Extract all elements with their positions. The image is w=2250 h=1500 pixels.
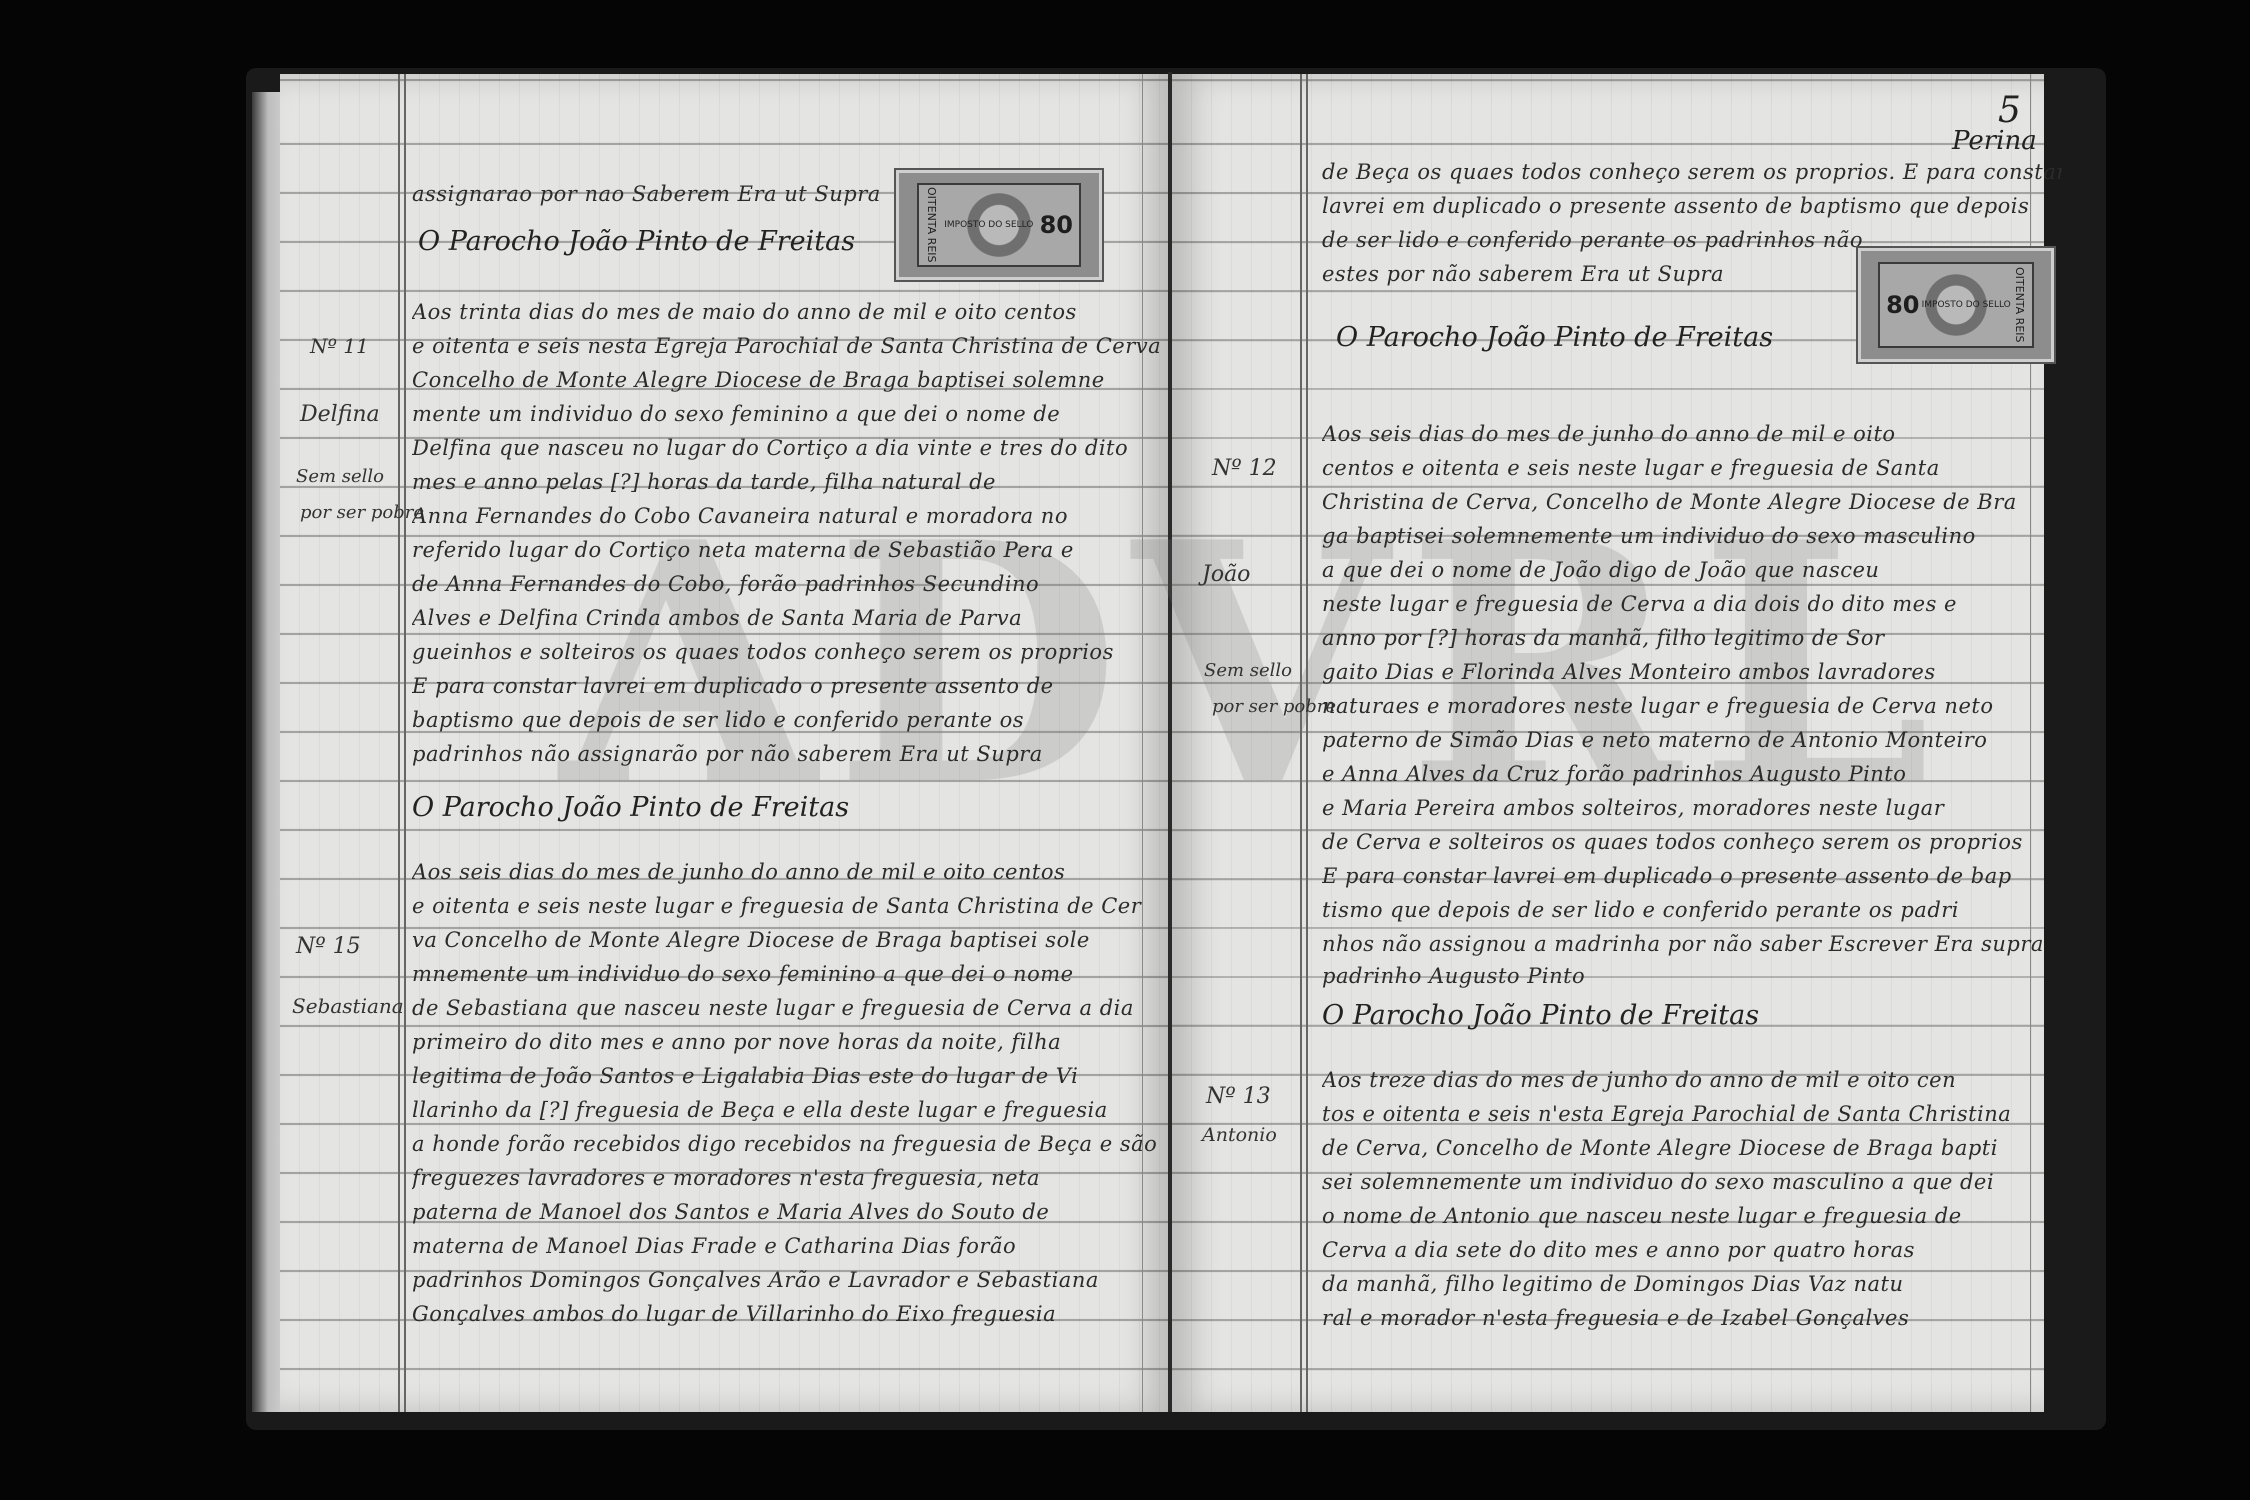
text-line: Delfina que nasceu no lugar do Cortiço a… <box>412 436 1172 460</box>
text-line: de Cerva, Concelho de Monte Alegre Dioce… <box>1322 1136 2062 1160</box>
revenue-stamp: OITENTA REIS IMPOSTO DO SELLO 80 <box>896 170 1102 280</box>
text-line: ga baptisei solemnemente um individuo do… <box>1322 524 2062 548</box>
godparent-signature: padrinho Augusto Pinto <box>1322 964 1722 988</box>
entry-name: João <box>1202 562 1250 587</box>
text-line: e Anna Alves da Cruz forão padrinhos Aug… <box>1322 762 2062 786</box>
stamp-side-text: OITENTA REIS <box>925 187 938 263</box>
page-number: 5 <box>1998 90 2021 131</box>
stamp-side-text: OITENTA REIS <box>2013 267 2026 343</box>
text-line: referido lugar do Cortiço neta materna d… <box>412 538 1172 562</box>
text-line: Cerva a dia sete do dito mes e anno por … <box>1322 1238 2062 1262</box>
text-line: paterno de Simão Dias e neto materno de … <box>1322 728 2062 752</box>
margin-rule <box>1300 74 1302 1412</box>
text-line: sei solemnemente um individuo do sexo ma… <box>1322 1170 2062 1194</box>
margin-rule <box>1306 74 1308 1412</box>
entry-number: Nº 11 <box>310 334 369 358</box>
text-line: primeiro do dito mes e anno por nove hor… <box>412 1030 1172 1054</box>
text-line: ral e morador n'esta freguesia e de Izab… <box>1322 1306 2062 1330</box>
entry-name: Sebastiana <box>292 994 404 1018</box>
margin-rule <box>398 74 400 1412</box>
text-line: legitima de João Santos e Ligalabia Dias… <box>412 1064 1172 1088</box>
priest-signature: O Parocho João Pinto de Freitas <box>418 226 855 257</box>
text-line: neste lugar e freguesia de Cerva a dia d… <box>1322 592 2062 616</box>
text-line: e oitenta e seis nesta Egreja Parochial … <box>412 334 1172 358</box>
entry-number: Nº 13 <box>1206 1084 1271 1109</box>
text-line: gueinhos e solteiros os quaes todos conh… <box>412 640 1172 664</box>
text-line: lavrei em duplicado o presente assento d… <box>1322 194 2062 218</box>
stamp-value: 80 <box>1886 291 1919 319</box>
text-line: da manhã, filho legitimo de Domingos Dia… <box>1322 1272 2062 1296</box>
text-line: assignarao por nao Saberem Era ut Supra <box>412 182 892 206</box>
text-line: padrinhos não assignarão por não saberem… <box>412 742 1172 766</box>
text-line: llarinho da [?] freguesia de Beça e ella… <box>412 1098 1172 1122</box>
text-line: nhos não assignou a madrinha por não sab… <box>1322 932 2062 956</box>
text-line: mes e anno pelas [?] horas da tarde, fil… <box>412 470 1172 494</box>
text-line: Anna Fernandes do Cobo Cavaneira natural… <box>412 504 1172 528</box>
text-line: naturaes e moradores neste lugar e fregu… <box>1322 694 2062 718</box>
text-line: de Sebastiana que nasceu neste lugar e f… <box>412 996 1172 1020</box>
text-line: baptismo que depois de ser lido e confer… <box>412 708 1172 732</box>
entry-name: Antonio <box>1202 1124 1277 1146</box>
text-line: Alves e Delfina Crinda ambos de Santa Ma… <box>412 606 1172 630</box>
text-line: Gonçalves ambos do lugar de Villarinho d… <box>412 1302 1172 1326</box>
text-line: Aos treze dias do mes de junho do anno d… <box>1322 1068 2062 1092</box>
stamp-top-text: IMPOSTO DO SELLO <box>1922 300 2011 310</box>
stamp-value: 80 <box>1040 211 1073 239</box>
entry-name: Delfina <box>300 402 380 427</box>
priest-signature: O Parocho João Pinto de Freitas <box>1322 1000 1759 1031</box>
text-line: mente um individuo do sexo feminino a qu… <box>412 402 1172 426</box>
text-line: estes por não saberem Era ut Supra <box>1322 262 1842 286</box>
text-line: tismo que depois de ser lido e conferido… <box>1322 898 2062 922</box>
entry-number: Nº 12 <box>1212 456 1277 481</box>
text-line: Aos seis dias do mes de junho do anno de… <box>412 860 1172 884</box>
text-line: a honde forão recebidos digo recebidos n… <box>412 1132 1172 1156</box>
priest-signature: O Parocho João Pinto de Freitas <box>1336 322 1773 353</box>
entry-note: Sem sello <box>296 466 384 487</box>
text-line: tos e oitenta e seis n'esta Egreja Paroc… <box>1322 1102 2062 1126</box>
text-line: materna de Manoel Dias Frade e Catharina… <box>412 1234 1172 1258</box>
entry-number: Nº 15 <box>296 934 361 959</box>
text-line: anno por [?] horas da manhã, filho legit… <box>1322 626 2062 650</box>
text-line: Christina de Cerva, Concelho de Monte Al… <box>1322 490 2062 514</box>
entry-note: Sem sello <box>1204 660 1292 681</box>
priest-signature: O Parocho João Pinto de Freitas <box>412 792 849 823</box>
text-line: freguezes lavradores e moradores n'esta … <box>412 1166 1172 1190</box>
text-line: o nome de Antonio que nasceu neste lugar… <box>1322 1204 2062 1228</box>
text-line: de Anna Fernandes do Cobo, forão padrinh… <box>412 572 1172 596</box>
revenue-stamp: 80 IMPOSTO DO SELLO OITENTA REIS <box>1858 248 2054 362</box>
text-line: Aos trinta dias do mes de maio do anno d… <box>412 300 1172 324</box>
text-line: E para constar lavrei em duplicado o pre… <box>412 674 1172 698</box>
text-line: mnemente um individuo do sexo feminino a… <box>412 962 1172 986</box>
text-line: a que dei o nome de João digo de João qu… <box>1322 558 2062 582</box>
text-line: e oitenta e seis neste lugar e freguesia… <box>412 894 1172 918</box>
text-line: de ser lido e conferido perante os padri… <box>1322 228 1862 252</box>
text-line: Concelho de Monte Alegre Diocese de Brag… <box>412 368 1172 392</box>
text-line: de Cerva e solteiros os quaes todos conh… <box>1322 830 2062 854</box>
stamp-top-text: IMPOSTO DO SELLO <box>944 220 1033 230</box>
margin-rule <box>404 74 406 1412</box>
text-line: gaito Dias e Florinda Alves Monteiro amb… <box>1322 660 2062 684</box>
entry-note: por ser pobre <box>300 502 424 523</box>
entry-note: por ser pobre <box>1212 696 1336 717</box>
text-line: centos e oitenta e seis neste lugar e fr… <box>1322 456 2062 480</box>
text-line: e Maria Pereira ambos solteiros, morador… <box>1322 796 2062 820</box>
text-line: va Concelho de Monte Alegre Diocese de B… <box>412 928 1172 952</box>
text-line: de Beça os quaes todos conheço serem os … <box>1322 160 2062 184</box>
page-header-word: Perina <box>1952 126 2037 156</box>
text-line: E para constar lavrei em duplicado o pre… <box>1322 864 2062 888</box>
text-line: padrinhos Domingos Gonçalves Arão e Lavr… <box>412 1268 1172 1292</box>
text-line: paterna de Manoel dos Santos e Maria Alv… <box>412 1200 1172 1224</box>
text-line: Aos seis dias do mes de junho do anno de… <box>1322 422 2062 446</box>
